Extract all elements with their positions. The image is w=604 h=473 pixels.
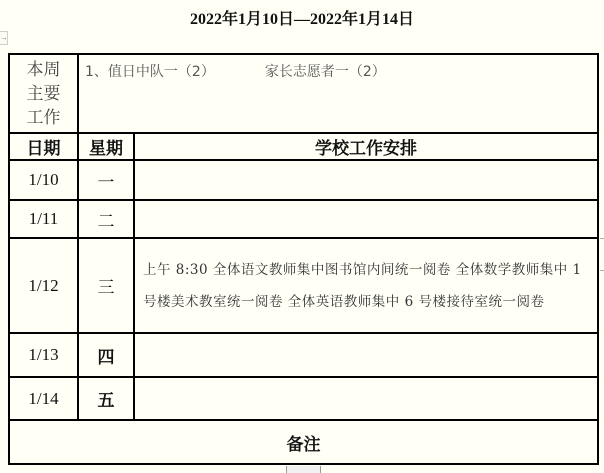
- main-work-label-line: 本周: [10, 58, 77, 82]
- weekday-cell: 二: [78, 200, 134, 238]
- main-work-row: 本周 主要 工作 1、值日中队一（2）家长志愿者一（2）: [9, 54, 598, 133]
- arrangement-cell[interactable]: [134, 160, 598, 200]
- header-date: 日期: [9, 133, 78, 160]
- arrangement-cell[interactable]: [134, 200, 598, 238]
- date-cell: 1/12: [9, 238, 78, 333]
- arrangement-cell[interactable]: 上午 8:30 全体语文教师集中图书馆内间统一阅卷 全体数学教师集中 1 号楼美…: [134, 238, 598, 333]
- table-row: 1/12 三 上午 8:30 全体语文教师集中图书馆内间统一阅卷 全体数学教师集…: [9, 238, 598, 333]
- remark-label[interactable]: 备注: [9, 420, 598, 464]
- weekly-schedule-table: 本周 主要 工作 1、值日中队一（2）家长志愿者一（2） 日期 星期 学校工作安…: [8, 53, 599, 465]
- table-row: 1/13 四: [9, 333, 598, 377]
- paragraph-arrow-icon: →: [0, 31, 8, 45]
- main-work-label-line: 主要: [10, 82, 77, 106]
- margin-tick: [600, 238, 604, 239]
- scroll-thumb[interactable]: [286, 466, 321, 473]
- weekday-cell: 三: [78, 238, 134, 333]
- weekday-cell: 一: [78, 160, 134, 200]
- margin-tick: [600, 270, 604, 271]
- date-cell: 1/14: [9, 377, 78, 420]
- weekday-cell: 四: [78, 333, 134, 377]
- header-arrangement: 学校工作安排: [134, 133, 598, 160]
- table-row: 1/14 五: [9, 377, 598, 420]
- main-work-label-line: 工作: [10, 106, 77, 130]
- remark-row: 备注: [9, 420, 598, 464]
- main-work-item: 1、值日中队一（2）: [85, 64, 215, 80]
- weekday-cell: 五: [78, 377, 134, 420]
- date-cell: 1/11: [9, 200, 78, 238]
- document-title: 2022年1月10日—2022年1月14日: [0, 6, 604, 29]
- main-work-content[interactable]: 1、值日中队一（2）家长志愿者一（2）: [78, 54, 598, 133]
- header-row: 日期 星期 学校工作安排: [9, 133, 598, 160]
- main-work-item: 家长志愿者一（2）: [265, 64, 386, 80]
- table-row: 1/11 二: [9, 200, 598, 238]
- date-cell: 1/13: [9, 333, 78, 377]
- table-row: 1/10 一: [9, 160, 598, 200]
- arrangement-cell[interactable]: [134, 377, 598, 420]
- header-weekday: 星期: [78, 133, 134, 160]
- arrangement-cell[interactable]: [134, 333, 598, 377]
- main-work-label: 本周 主要 工作: [9, 54, 78, 133]
- date-cell: 1/10: [9, 160, 78, 200]
